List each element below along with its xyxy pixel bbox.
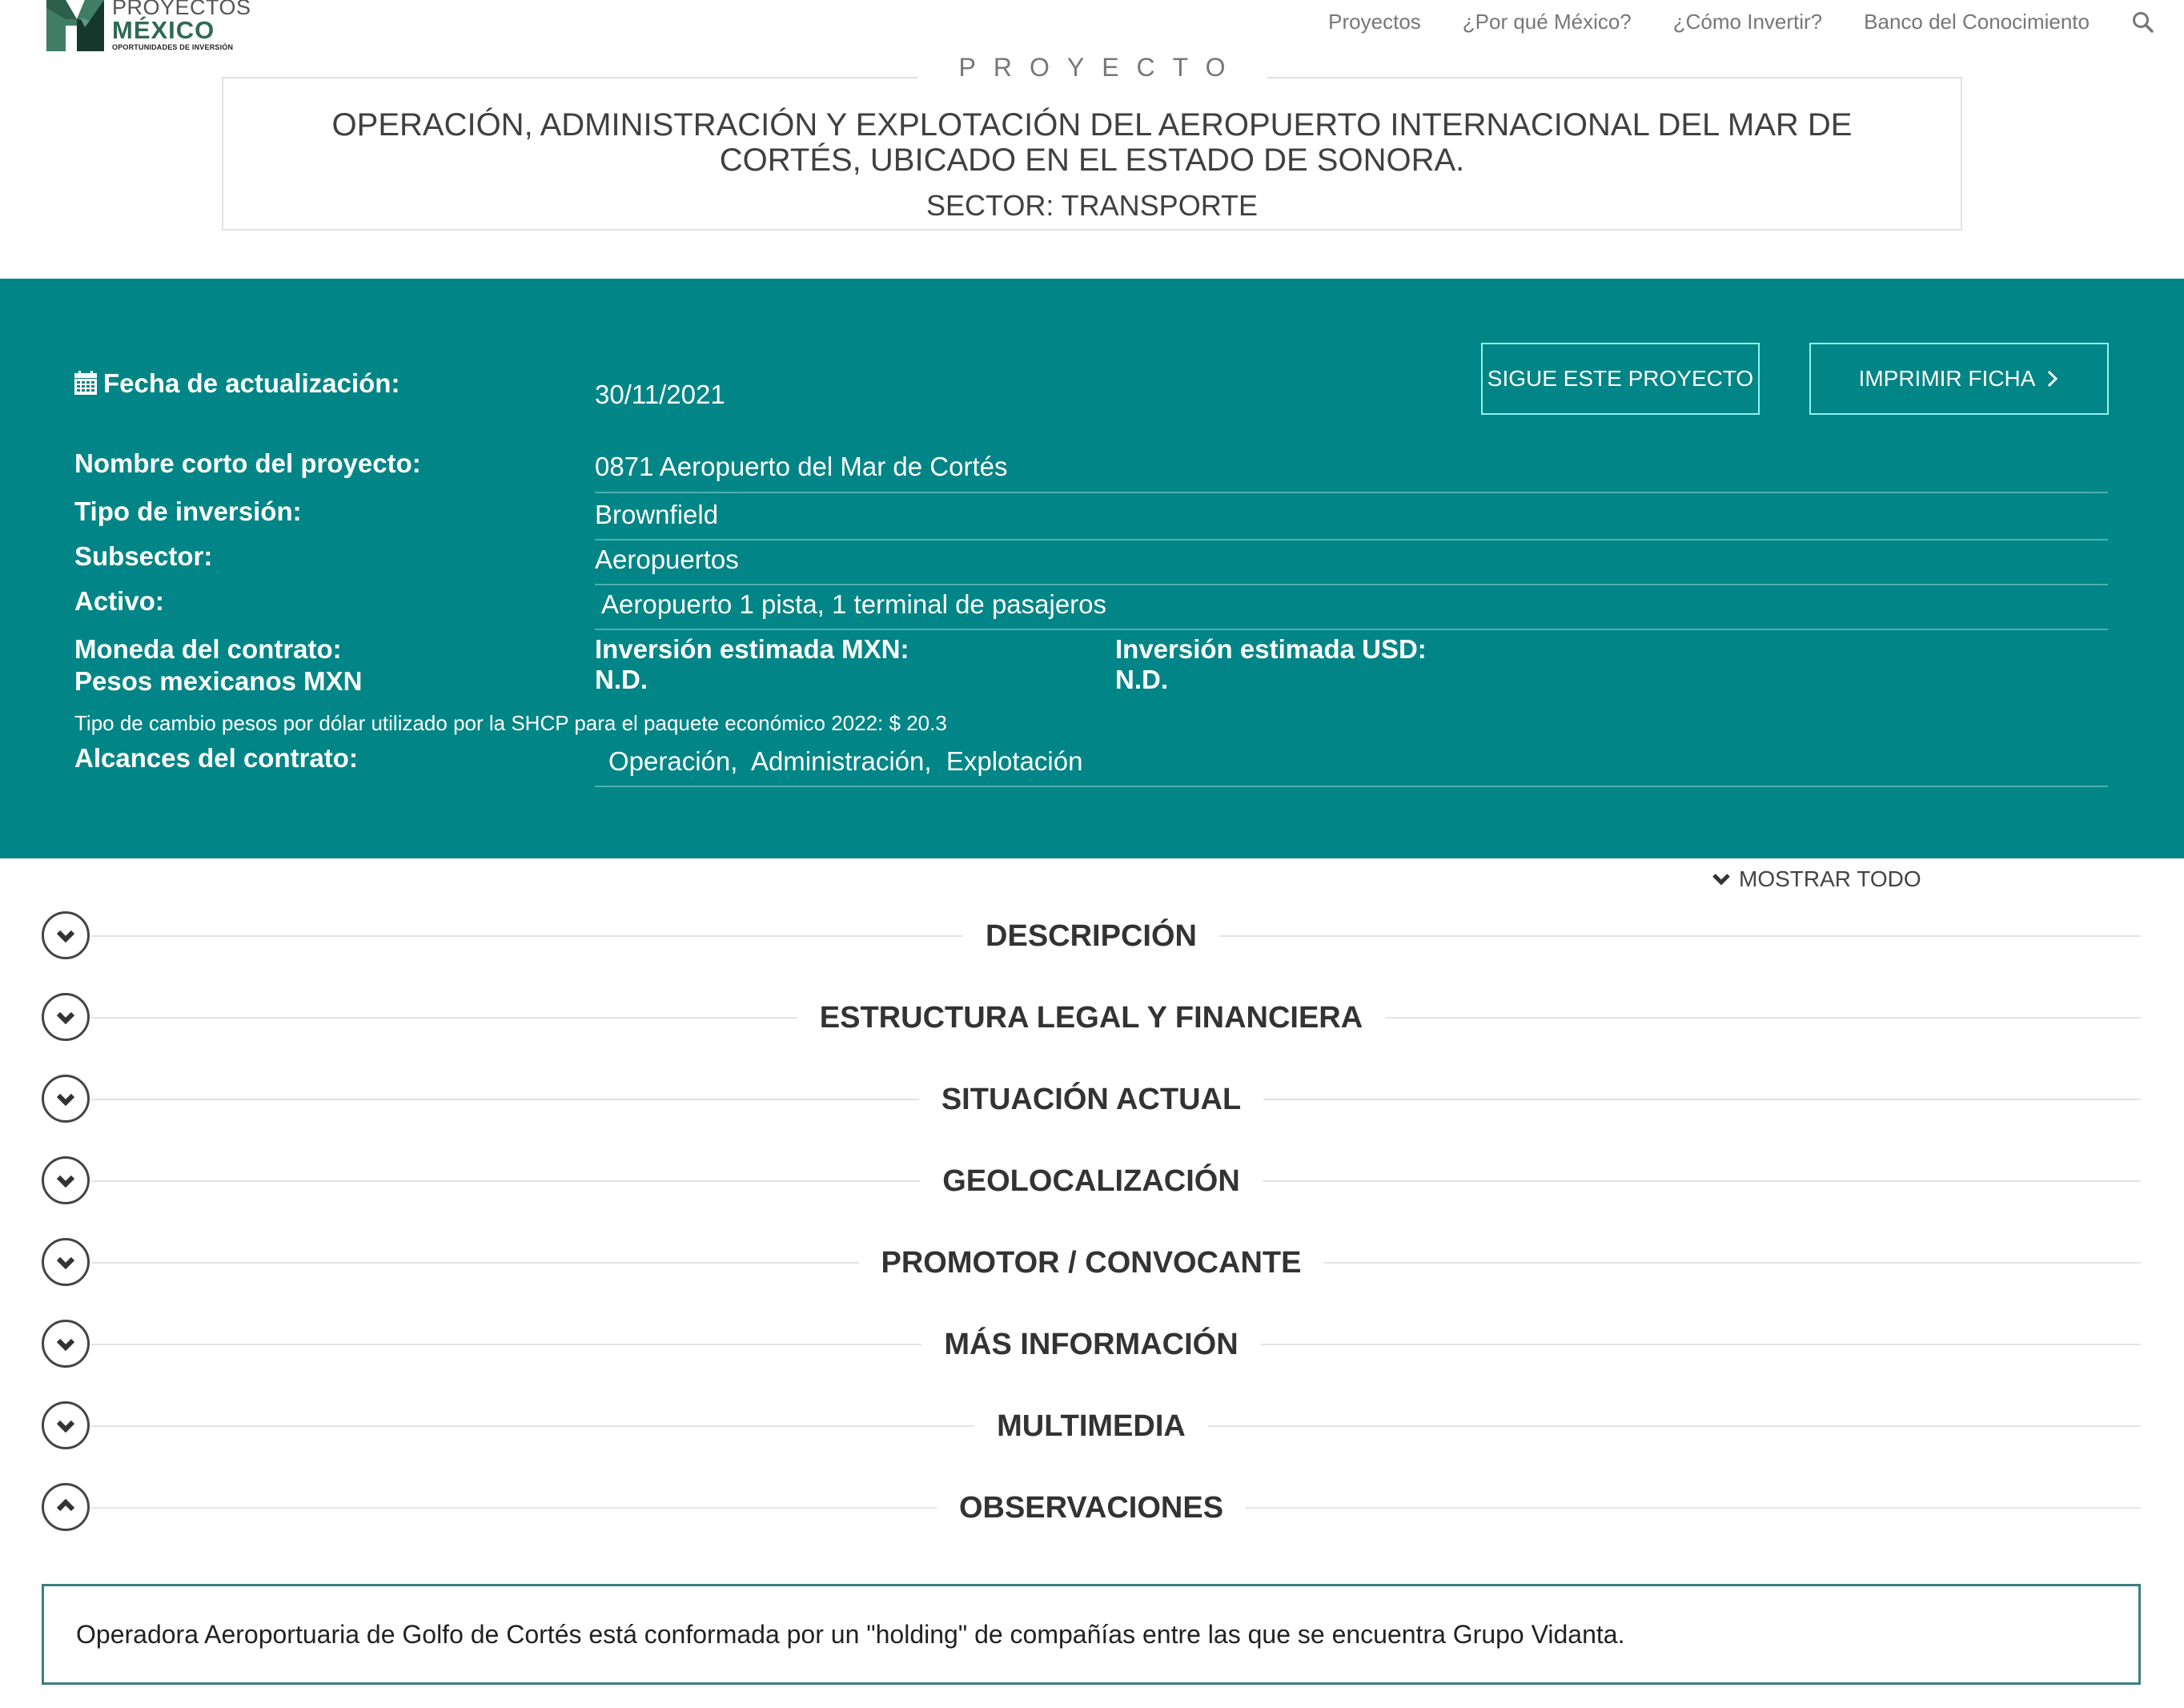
project-title-box: OPERACIÓN, ADMINISTRACIÓN Y EXPLOTACIÓN … <box>222 77 1962 231</box>
observations-content: Operadora Aeroportuaria de Golfo de Cort… <box>42 1584 2141 1685</box>
logo-line-2: MÉXICO <box>112 16 215 45</box>
project-title: OPERACIÓN, ADMINISTRACIÓN Y EXPLOTACIÓN … <box>223 107 1961 178</box>
accordion-section[interactable]: SITUACIÓN ACTUAL <box>42 1075 2141 1126</box>
chevron-down-icon <box>54 1415 78 1436</box>
short-name-label: Nombre corto del proyecto: <box>74 448 421 479</box>
accordion-section[interactable]: OBSERVACIONES <box>42 1483 2141 1534</box>
accordion-section[interactable]: MÁS INFORMACIÓN <box>42 1320 2141 1371</box>
accordion-toggle-button[interactable] <box>42 1075 90 1123</box>
accordion-toggle-button[interactable] <box>42 1483 90 1531</box>
accordion-toggle-button[interactable] <box>42 1401 90 1449</box>
accordion-toggle-button[interactable] <box>42 1238 90 1286</box>
accordion-section-title[interactable]: OBSERVACIONES <box>42 1491 2141 1525</box>
accordion-section-title[interactable]: PROMOTOR / CONVOCANTE <box>42 1246 2141 1280</box>
chevron-down-icon <box>1712 872 1731 886</box>
scope-label: Alcances del contrato: <box>74 743 358 774</box>
main-nav: Proyectos ¿Por qué México? ¿Cómo Inverti… <box>1328 10 2155 34</box>
divider <box>595 584 2108 585</box>
currency-value: Pesos mexicanos MXN <box>74 666 363 697</box>
investment-type-label: Tipo de inversión: <box>74 496 302 527</box>
divider <box>595 629 2108 630</box>
divider <box>595 539 2108 541</box>
accordion-section-title[interactable]: ESTRUCTURA LEGAL Y FINANCIERA <box>42 1001 2141 1035</box>
chevron-down-icon <box>54 1170 78 1191</box>
currency-label: Moneda del contrato: <box>74 634 342 665</box>
exchange-rate-note: Tipo de cambio pesos por dólar utilizado… <box>74 711 947 736</box>
accordion-section[interactable]: ESTRUCTURA LEGAL Y FINANCIERA <box>42 993 2141 1044</box>
chevron-up-icon <box>54 1497 78 1517</box>
accordion-toggle-button[interactable] <box>42 993 90 1041</box>
logo-mark-icon <box>45 0 106 51</box>
project-sector: SECTOR: TRANSPORTE <box>223 189 1961 223</box>
asset-label: Activo: <box>74 586 164 617</box>
project-section-label: PROYECTO <box>0 53 2184 82</box>
accordion-section-title[interactable]: GEOLOCALIZACIÓN <box>42 1164 2141 1199</box>
calendar-icon <box>74 371 97 395</box>
accordion-section[interactable]: DESCRIPCIÓN <box>42 911 2141 963</box>
short-name-value: 0871 Aeropuerto del Mar de Cortés <box>595 452 1007 482</box>
accordion-section[interactable]: PROMOTOR / CONVOCANTE <box>42 1238 2141 1289</box>
accordion-section[interactable]: MULTIMEDIA <box>42 1401 2141 1453</box>
chevron-down-icon <box>54 1007 78 1027</box>
investment-type-value: Brownfield <box>595 500 718 530</box>
investment-usd-value: N.D. <box>1115 665 1168 695</box>
nav-como-invertir[interactable]: ¿Cómo Invertir? <box>1673 10 1822 34</box>
accordion-section[interactable]: GEOLOCALIZACIÓN <box>42 1156 2141 1208</box>
update-date-value: 30/11/2021 <box>595 380 725 410</box>
project-info-panel: Fecha de actualización: 30/11/2021 SIGUE… <box>0 279 2184 858</box>
accordion-toggle-button[interactable] <box>42 1156 90 1204</box>
nav-banco-conocimiento[interactable]: Banco del Conocimiento <box>1864 10 2090 34</box>
chevron-down-icon <box>54 1252 78 1272</box>
chevron-right-icon <box>2046 369 2059 388</box>
follow-project-button[interactable]: SIGUE ESTE PROYECTO <box>1481 343 1760 415</box>
show-all-toggle[interactable]: MOSTRAR TODO <box>1712 866 1921 892</box>
divider <box>595 786 2108 787</box>
accordion-section-title[interactable]: MULTIMEDIA <box>42 1409 2141 1444</box>
investment-usd-label: Inversión estimada USD: <box>1115 634 1427 665</box>
nav-por-que-mexico[interactable]: ¿Por qué México? <box>1463 10 1632 34</box>
investment-mxn-value: N.D. <box>595 665 648 695</box>
print-sheet-button[interactable]: IMPRIMIR FICHA <box>1809 343 2109 415</box>
nav-proyectos[interactable]: Proyectos <box>1328 10 1421 34</box>
update-date-label: Fecha de actualización: <box>74 368 399 399</box>
scope-value: Operación, Administración, Explotación <box>608 746 1082 777</box>
subsector-value: Aeropuertos <box>595 545 739 575</box>
site-logo[interactable]: PROYECTOS MÉXICO OPORTUNIDADES DE INVERS… <box>45 0 261 53</box>
divider <box>595 492 2108 493</box>
chevron-down-icon <box>54 1088 78 1109</box>
asset-value: Aeropuerto 1 pista, 1 terminal de pasaje… <box>601 589 1106 620</box>
chevron-down-icon <box>54 925 78 946</box>
chevron-down-icon <box>54 1333 78 1354</box>
subsector-label: Subsector: <box>74 541 212 572</box>
investment-mxn-label: Inversión estimada MXN: <box>595 634 909 665</box>
accordion-section-title[interactable]: MÁS INFORMACIÓN <box>42 1328 2141 1362</box>
accordion-toggle-button[interactable] <box>42 911 90 959</box>
logo-tagline: OPORTUNIDADES DE INVERSIÓN <box>112 43 233 51</box>
accordion-section-title[interactable]: DESCRIPCIÓN <box>42 919 2141 954</box>
search-icon[interactable] <box>2131 10 2155 34</box>
accordion-toggle-button[interactable] <box>42 1320 90 1368</box>
accordion-section-title[interactable]: SITUACIÓN ACTUAL <box>42 1083 2141 1117</box>
